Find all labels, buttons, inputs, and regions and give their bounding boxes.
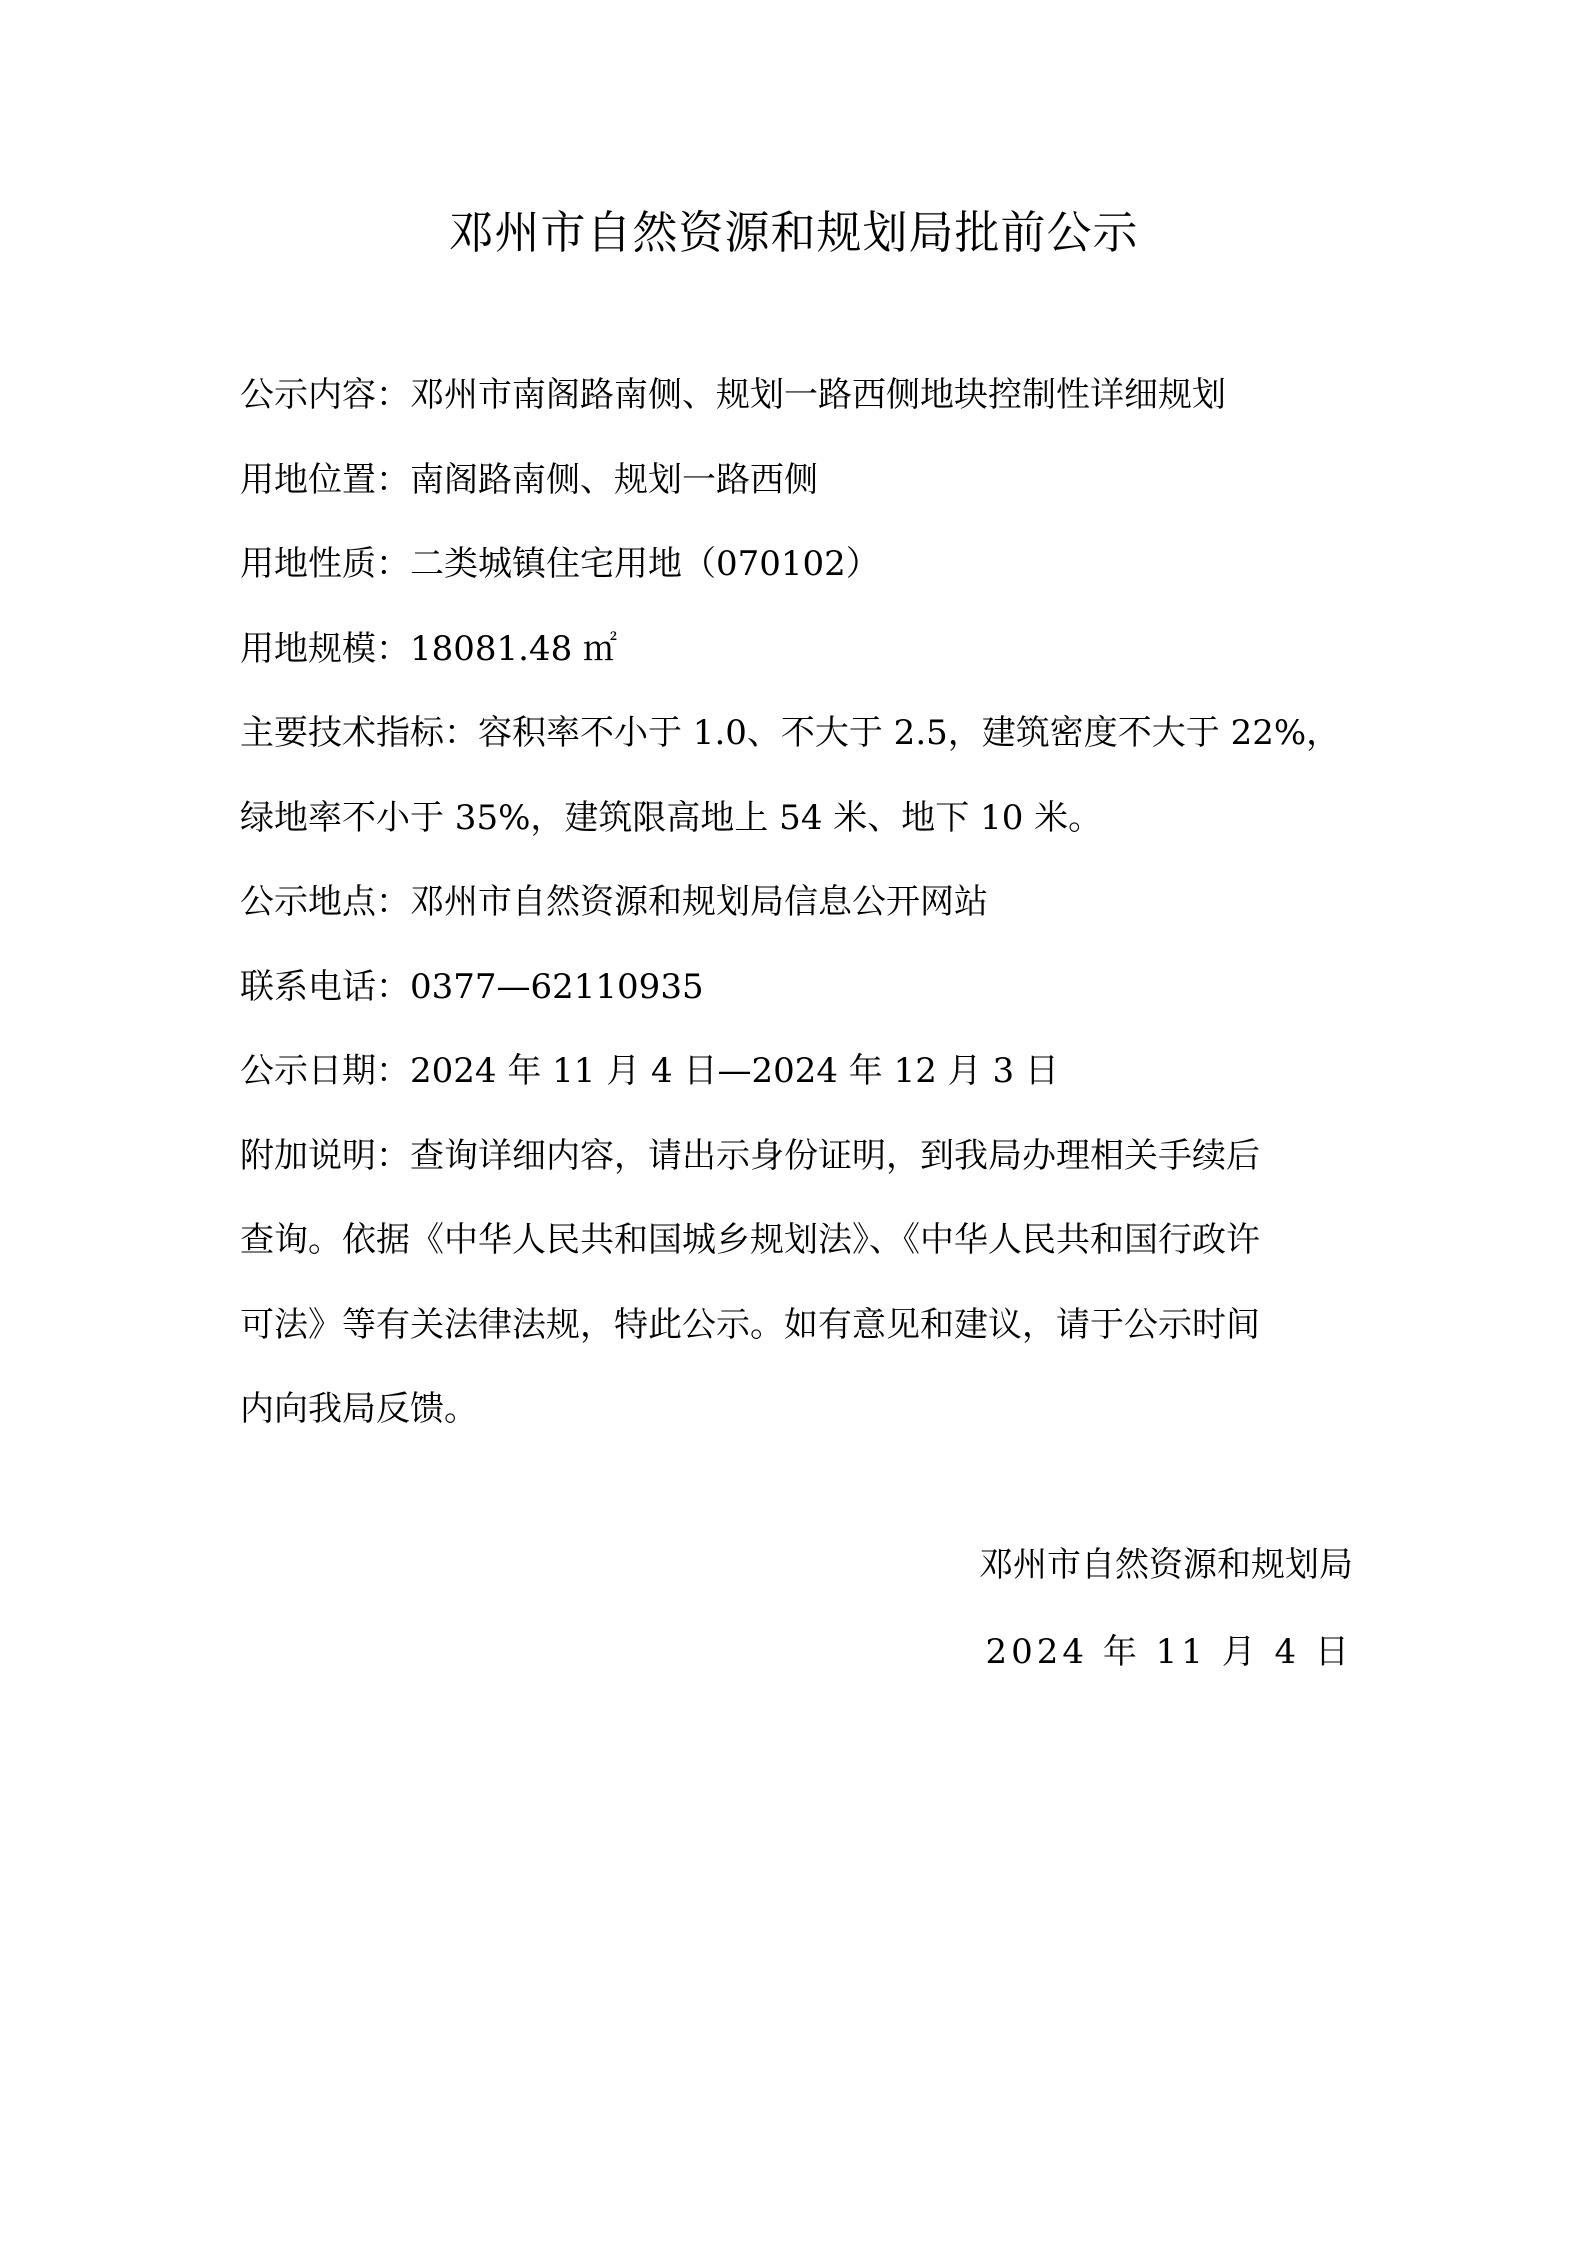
signature-date: 2024 年 11 月 4 日: [979, 1627, 1353, 1714]
field-value: 可法》等有关法律法规，特此公示。如有意见和建议，请于公示时间: [240, 1305, 1260, 1345]
field-label: 公示地点：: [240, 882, 410, 922]
field-value: 南阁路南侧、规划一路西侧: [410, 460, 818, 500]
field-notice-location: 公示地点：邓州市自然资源和规划局信息公开网站: [240, 877, 1355, 962]
field-additional-notes-continued-1: 查询。依据《中华人民共和国城乡规划法》、《中华人民共和国行政许: [240, 1215, 1355, 1300]
field-technical-indicators-continued: 绿地率不小于 35%，建筑限高地上 54 米、地下 10 米。: [240, 793, 1355, 878]
notice-body: 公示内容：邓州市南阁路南侧、规划一路西侧地块控制性详细规划 用地位置：南阁路南侧…: [240, 370, 1355, 1469]
field-label: 公示内容：: [240, 375, 410, 415]
field-value: 查询详细内容，请出示身份证明，到我局办理相关手续后: [410, 1136, 1260, 1176]
field-value: 绿地率不小于 35%，建筑限高地上 54 米、地下 10 米。: [240, 798, 1102, 838]
field-value: 2024 年 11 月 4 日—2024 年 12 月 3 日: [410, 1051, 1059, 1091]
document-page: 邓州市自然资源和规划局批前公示 公示内容：邓州市南阁路南侧、规划一路西侧地块控制…: [0, 0, 1587, 2245]
field-additional-notes: 附加说明：查询详细内容，请出示身份证明，到我局办理相关手续后: [240, 1131, 1355, 1216]
field-value: 0377—62110935: [410, 967, 704, 1007]
field-label: 主要技术指标：: [240, 713, 478, 753]
field-additional-notes-continued-3: 内向我局反馈。: [240, 1384, 1355, 1469]
field-value: 邓州市南阁路南侧、规划一路西侧地块控制性详细规划: [410, 375, 1226, 415]
field-value: 查询。依据《中华人民共和国城乡规划法》、《中华人民共和国行政许: [240, 1220, 1260, 1260]
signature-organization: 邓州市自然资源和规划局: [979, 1540, 1353, 1627]
field-additional-notes-continued-2: 可法》等有关法律法规，特此公示。如有意见和建议，请于公示时间: [240, 1300, 1355, 1385]
field-notice-period: 公示日期：2024 年 11 月 4 日—2024 年 12 月 3 日: [240, 1046, 1355, 1131]
field-label: 附加说明：: [240, 1136, 410, 1176]
page-title: 邓州市自然资源和规划局批前公示: [0, 203, 1587, 263]
field-value: 内向我局反馈。: [240, 1389, 478, 1429]
signature-block: 邓州市自然资源和规划局 2024 年 11 月 4 日: [979, 1540, 1353, 1714]
field-label: 联系电话：: [240, 967, 410, 1007]
field-technical-indicators: 主要技术指标：容积率不小于 1.0、不大于 2.5，建筑密度不大于 22%，: [240, 708, 1355, 793]
field-value: 18081.48 ㎡: [410, 629, 617, 669]
field-label: 用地规模：: [240, 629, 410, 669]
field-value: 容积率不小于 1.0、不大于 2.5，建筑密度不大于 22%，: [478, 713, 1340, 753]
field-land-area: 用地规模：18081.48 ㎡: [240, 624, 1355, 709]
field-label: 用地性质：: [240, 544, 410, 584]
field-land-location: 用地位置：南阁路南侧、规划一路西侧: [240, 455, 1355, 540]
field-value: 邓州市自然资源和规划局信息公开网站: [410, 882, 988, 922]
field-notice-content: 公示内容：邓州市南阁路南侧、规划一路西侧地块控制性详细规划: [240, 370, 1355, 455]
field-label: 用地位置：: [240, 460, 410, 500]
field-contact-phone: 联系电话：0377—62110935: [240, 962, 1355, 1047]
field-label: 公示日期：: [240, 1051, 410, 1091]
field-value: 二类城镇住宅用地（070102）: [410, 544, 880, 584]
field-land-use-type: 用地性质：二类城镇住宅用地（070102）: [240, 539, 1355, 624]
